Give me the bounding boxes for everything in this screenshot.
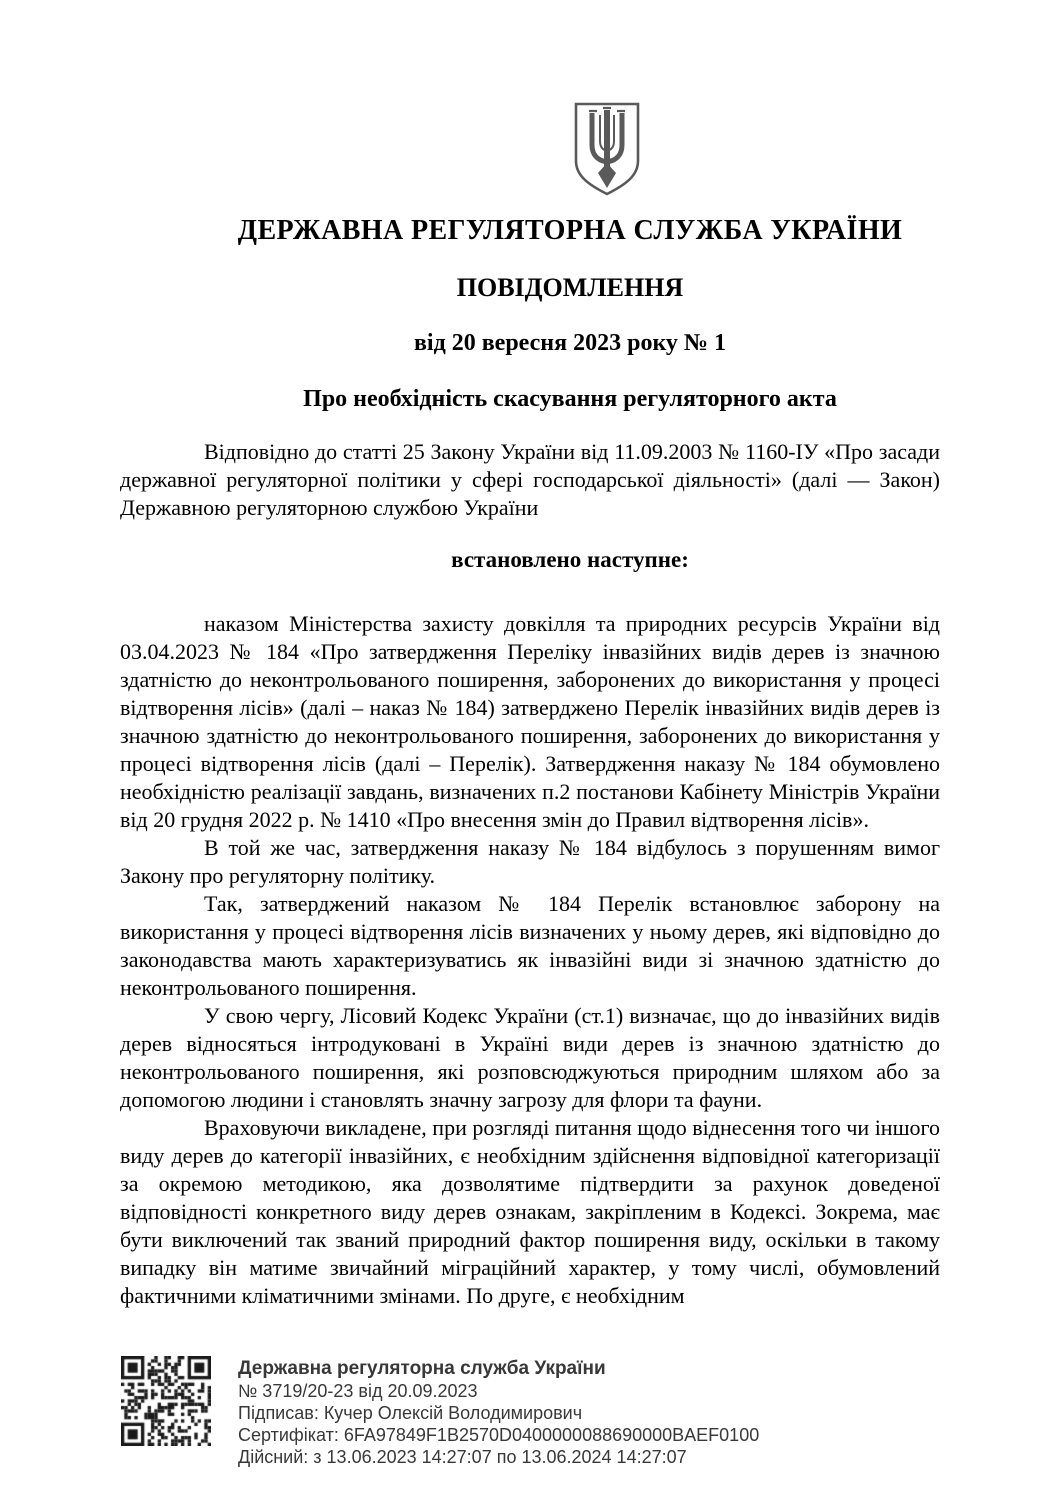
signature-certificate: Сертифікат: 6FA97849F1B2570D040000008869…: [238, 1424, 759, 1446]
body-paragraph: У свою чергу, Лісовий Кодекс України (ст…: [120, 1002, 940, 1114]
signature-organization: Державна регуляторна служба України: [238, 1358, 759, 1380]
body-paragraph: Так, затверджений наказом № 184 Перелік …: [120, 890, 940, 1002]
document-body: Відповідно до статті 25 Закону України в…: [120, 438, 940, 1310]
document-page: ДЕРЖАВНА РЕГУЛЯТОРНА СЛУЖБА УКРАЇНИ ПОВІ…: [0, 0, 1058, 1497]
document-type-title: ПОВІДОМЛЕННЯ: [160, 273, 980, 303]
signature-validity: Дійсний: з 13.06.2023 14:27:07 по 13.06.…: [238, 1446, 759, 1468]
body-paragraph: наказом Міністерства захисту довкілля та…: [120, 610, 940, 834]
signature-signer: Підписав: Кучер Олексій Володимирович: [238, 1402, 759, 1424]
digital-signature-stamp: Державна регуляторна служба України № 37…: [121, 1356, 759, 1468]
document-date-number: від 20 вересня 2023 року № 1: [160, 330, 980, 357]
document-header: ДЕРЖАВНА РЕГУЛЯТОРНА СЛУЖБА УКРАЇНИ ПОВІ…: [160, 215, 980, 413]
body-paragraph: В той же час, затвердження наказу № 184 …: [120, 834, 940, 890]
established-heading: встановлено наступне:: [200, 546, 940, 574]
body-paragraph: Враховуючи викладене, при розгляді питан…: [120, 1114, 940, 1310]
signature-details: Державна регуляторна служба України № 37…: [238, 1356, 759, 1468]
document-subject: Про необхідність скасування регуляторног…: [160, 386, 980, 413]
qr-code: [121, 1356, 211, 1446]
organization-name: ДЕРЖАВНА РЕГУЛЯТОРНА СЛУЖБА УКРАЇНИ: [160, 215, 980, 247]
signature-number: № 3719/20-23 від 20.09.2023: [238, 1380, 759, 1402]
tryzub-coat-of-arms-icon: [572, 101, 642, 198]
intro-paragraph: Відповідно до статті 25 Закону України в…: [120, 438, 940, 522]
